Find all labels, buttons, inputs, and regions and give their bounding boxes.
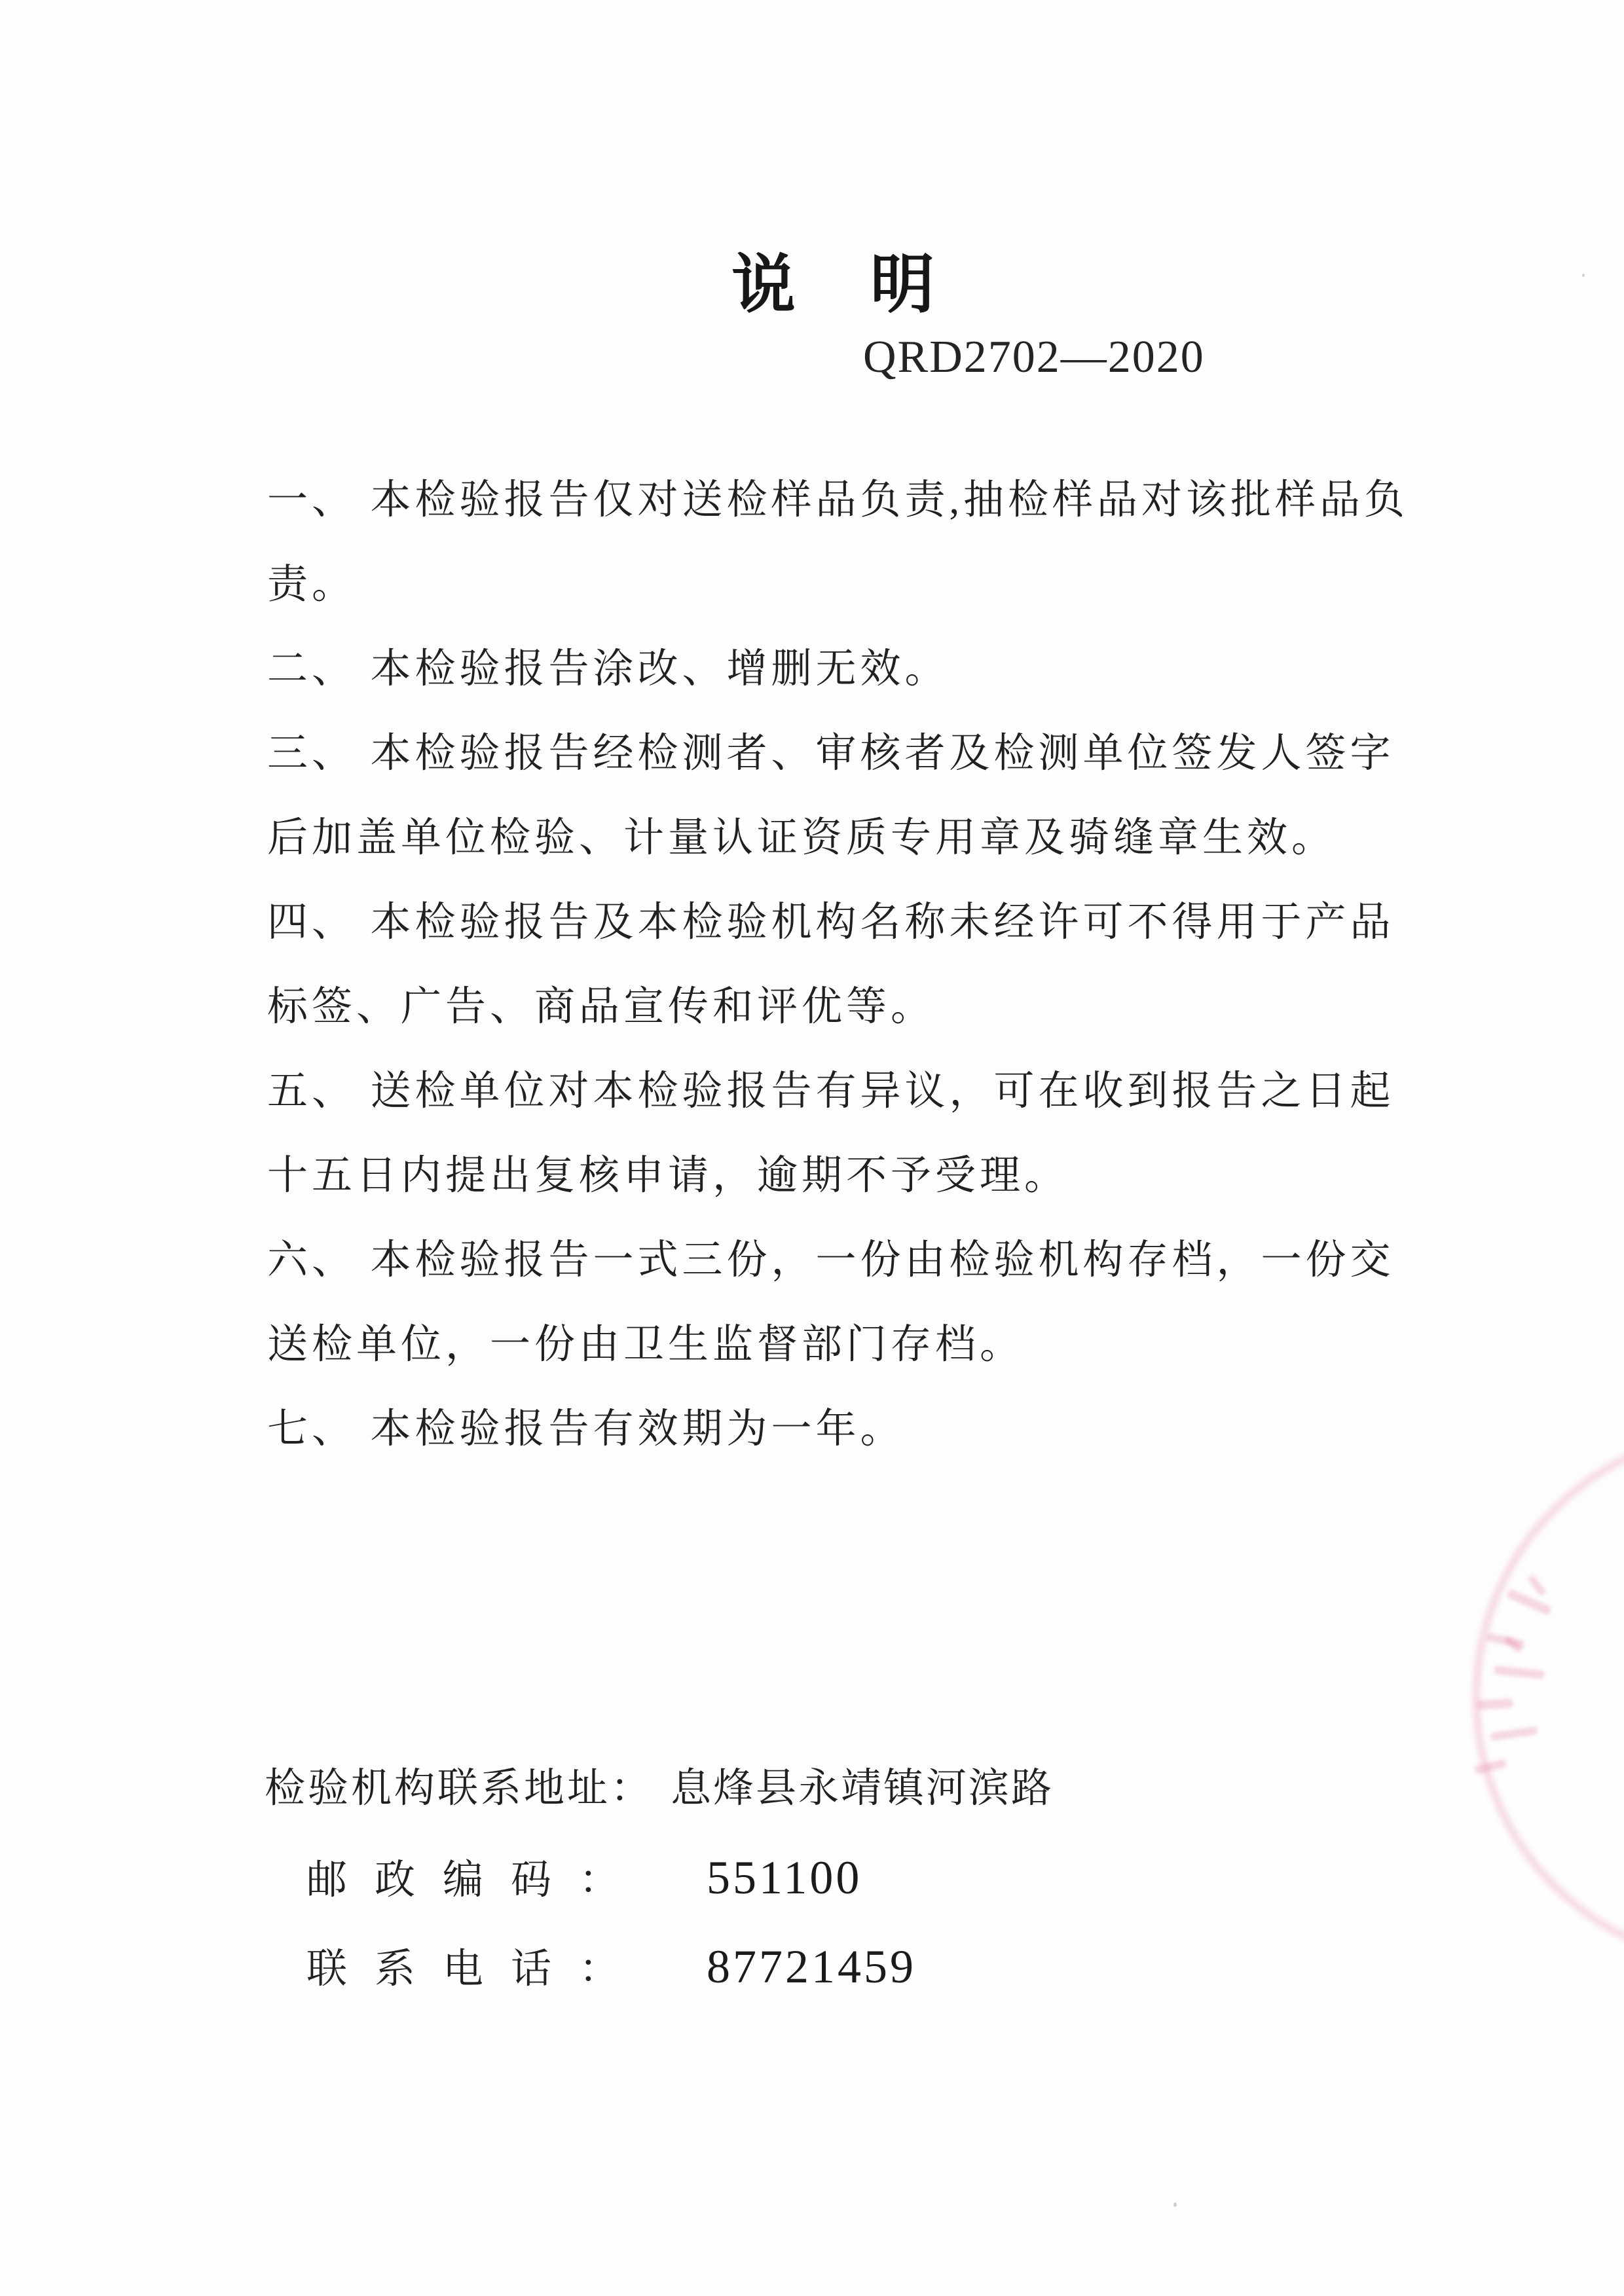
- seal-ink-mark: [1490, 1726, 1538, 1741]
- seal-ink-mark: [1477, 1698, 1513, 1710]
- seal-ink-mark: [1494, 1666, 1545, 1679]
- postcode-label: 邮政编码：: [306, 1836, 707, 1925]
- notes-list: 一、 本检验报告仅对送检样品负责,抽检样品对该批样品负 责。 二、 本检验报告涂…: [267, 458, 1446, 1472]
- scan-speck: [1173, 2202, 1177, 2207]
- contact-postcode-line: 邮政编码：551100: [265, 1833, 1054, 1922]
- note-line: 五、 送检单位对本检验报告有异议，可在收到报告之日起: [267, 1049, 1446, 1134]
- note-line: 六、 本检验报告一式三份，一份由检验机构存档，一份交: [267, 1218, 1446, 1303]
- seal-ink-mark: [1474, 1758, 1507, 1774]
- seal-ink-mark: [1504, 1635, 1523, 1654]
- contact-block: 检验机构联系地址：息烽县永靖镇河滨路 邮政编码：551100 联系电话：8772…: [265, 1744, 1054, 2011]
- note-line: 三、 本检验报告经检测者、审核者及检测单位签发人签字: [267, 712, 1446, 796]
- page-title: 说 明: [0, 233, 1624, 325]
- note-line: 十五日内提出复核申请，逾期不予受理。: [267, 1134, 1446, 1218]
- note-line: 送检单位，一份由卫生监督部门存档。: [267, 1303, 1446, 1387]
- seal-ink-mark: [1486, 1633, 1524, 1649]
- contact-phone-line: 联系电话：87721459: [265, 1922, 1054, 2011]
- note-line: 责。: [267, 543, 1446, 627]
- postcode-value: 551100: [707, 1851, 862, 1904]
- note-line: 二、 本检验报告涂改、增删无效。: [267, 627, 1446, 712]
- note-line: 一、 本检验报告仅对送检样品负责,抽检样品对该批样品负: [267, 458, 1446, 543]
- address-value: 息烽县永靖镇河滨路: [671, 1766, 1054, 1811]
- address-label: 检验机构联系地址：: [265, 1766, 654, 1811]
- note-line: 七、 本检验报告有效期为一年。: [267, 1387, 1446, 1472]
- note-line: 标签、广告、商品宣传和评优等。: [267, 965, 1446, 1049]
- seal-ink-mark: [1527, 1575, 1547, 1597]
- phone-value: 87721459: [707, 1941, 916, 1993]
- red-seal-fragment-icon: [1472, 1427, 1624, 1968]
- contact-address-line: 检验机构联系地址：息烽县永靖镇河滨路: [265, 1744, 1054, 1833]
- document-code: QRD2702—2020: [863, 331, 1205, 384]
- note-line: 后加盖单位检验、计量认证资质专用章及骑缝章生效。: [267, 796, 1446, 881]
- seal-ink-mark: [1506, 1588, 1552, 1615]
- scanned-report-notes-page: 说 明 QRD2702—2020 一、 本检验报告仅对送检样品负责,抽检样品对该…: [0, 0, 1624, 2296]
- phone-label: 联系电话：: [306, 1925, 707, 2014]
- note-line: 四、 本检验报告及本检验机构名称未经许可不得用于产品: [267, 881, 1446, 965]
